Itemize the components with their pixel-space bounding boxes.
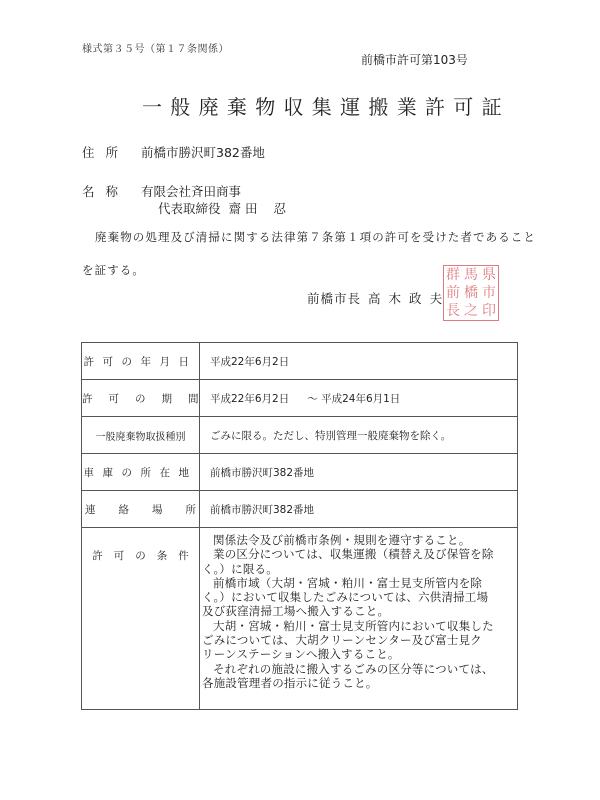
issuer-name-part: 夫 xyxy=(430,291,444,306)
name-label: 名称 xyxy=(82,182,129,200)
certification-text-line1: 廃棄物の処理及び清掃に関する法律第７条第１項の許可を受けた者であること xyxy=(95,229,536,245)
condition-line: ごみについては、大胡クリーンセンター及び富士見ク xyxy=(202,633,513,647)
table-row-permit-date: 許可の年月日 平成22年6月2日 xyxy=(82,343,518,380)
company-name: 有限会社斉田商事 xyxy=(141,182,241,200)
row-label-cell: 連絡場所 xyxy=(82,491,200,528)
row-label-cell: 許可の期間 xyxy=(82,380,200,417)
condition-line: 関係法令及び前橋市条例・規則を遵守すること。 xyxy=(202,533,513,547)
row-value: ごみに限る。ただし、特別管理一般廃棄物を除く。 xyxy=(200,417,518,454)
period-separator: ～ xyxy=(307,393,318,405)
row-label: 一般廃棄物取扱種別 xyxy=(96,428,186,443)
document-title: 一般廃棄物収集運搬業許可証 xyxy=(142,91,510,120)
table-row-contact-location: 連絡場所 前橋市勝沢町382番地 xyxy=(82,491,518,528)
representative-surname: 齋 田 xyxy=(229,201,258,216)
issuer-name-part: 高 xyxy=(368,291,382,306)
row-label: 車庫の所在地 xyxy=(84,465,198,480)
certification-text-line2: を証する。 xyxy=(82,262,145,278)
condition-line: それぞれの施設に搬入するごみの区分等については、 xyxy=(202,662,513,676)
row-value: 平成22年6月2日 xyxy=(200,343,518,380)
seal-char: 市 xyxy=(482,286,496,300)
representative-title: 代表取締役 xyxy=(158,201,221,216)
seal-char: 印 xyxy=(482,304,496,318)
official-seal-icon: 群 馬 県 前 橋 市 長 之 印 xyxy=(443,265,499,321)
seal-char: 前 xyxy=(446,286,460,300)
condition-line: 各施設管理者の指示に従うこと。 xyxy=(202,676,513,690)
table-row-permit-conditions: 許可の条件 関係法令及び前橋市条例・規則を遵守すること。 業の区分については、収… xyxy=(82,528,518,710)
period-end: 平成24年6月1日 xyxy=(321,393,400,405)
condition-line: 及び荻窪清掃工場へ搬入すること。 xyxy=(202,604,513,618)
seal-char: 長 xyxy=(446,304,460,318)
seal-char: 群 xyxy=(446,268,460,282)
permit-details-table: 許可の年月日 平成22年6月2日 許可の期間 平成22年6月2日～ 平成24年6… xyxy=(81,342,518,710)
condition-line: 大胡・宮城・粕川・富士見支所管内において収集した xyxy=(202,619,513,633)
row-label: 許可の期間 xyxy=(82,391,215,406)
table-row-garage-location: 車庫の所在地 前橋市勝沢町382番地 xyxy=(82,454,518,491)
row-value: 前橋市勝沢町382番地 xyxy=(200,454,518,491)
row-label-cell: 許可の条件 xyxy=(82,528,200,710)
representative: 代表取締役齋 田忍 xyxy=(158,199,286,217)
address-value: 前橋市勝沢町382番地 xyxy=(141,143,265,161)
row-label: 許可の条件 xyxy=(92,548,200,563)
row-label-cell: 車庫の所在地 xyxy=(82,454,200,491)
issuer-name-part: 木 xyxy=(389,291,403,306)
issuer-title: 前橋市長 xyxy=(307,291,361,306)
issuer-name-part: 政 xyxy=(409,291,423,306)
row-value: 前橋市勝沢町382番地 xyxy=(200,491,518,528)
seal-char: 橋 xyxy=(464,286,478,300)
row-value: 平成22年6月2日～ 平成24年6月1日 xyxy=(200,380,518,417)
condition-line: リーンステーションへ搬入すること。 xyxy=(202,647,513,661)
period-start: 平成22年6月2日 xyxy=(210,393,289,405)
table-row-permit-period: 許可の期間 平成22年6月2日～ 平成24年6月1日 xyxy=(82,380,518,417)
row-label: 連絡場所 xyxy=(85,502,219,517)
form-number: 様式第３５号（第１７条関係） xyxy=(82,40,229,55)
seal-char: 馬 xyxy=(464,268,478,282)
address-label: 住所 xyxy=(82,143,129,161)
conditions-cell: 関係法令及び前橋市条例・規則を遵守すること。 業の区分については、収集運搬（積替… xyxy=(200,528,518,710)
permit-number: 前橋市許可第103号 xyxy=(361,51,468,68)
seal-char: 県 xyxy=(482,268,496,282)
table-row-waste-type: 一般廃棄物取扱種別 ごみに限る。ただし、特別管理一般廃棄物を除く。 xyxy=(82,417,518,454)
condition-line: く。）に限る。 xyxy=(202,562,513,576)
row-label: 許可の年月日 xyxy=(84,354,198,369)
row-label-cell: 許可の年月日 xyxy=(82,343,200,380)
condition-line: 業の区分については、収集運搬（積替え及び保管を除 xyxy=(202,547,513,561)
condition-line: く。）において収集したごみについては、六供清掃工場 xyxy=(202,590,513,604)
condition-line: 前橋市域（大胡・宮城・粕川・富士見支所管内を除 xyxy=(202,576,513,590)
issuer-signature: 前橋市長高木政夫 xyxy=(307,289,443,307)
representative-given-name: 忍 xyxy=(274,201,287,216)
seal-char: 之 xyxy=(464,304,478,318)
row-label-cell: 一般廃棄物取扱種別 xyxy=(82,417,200,454)
